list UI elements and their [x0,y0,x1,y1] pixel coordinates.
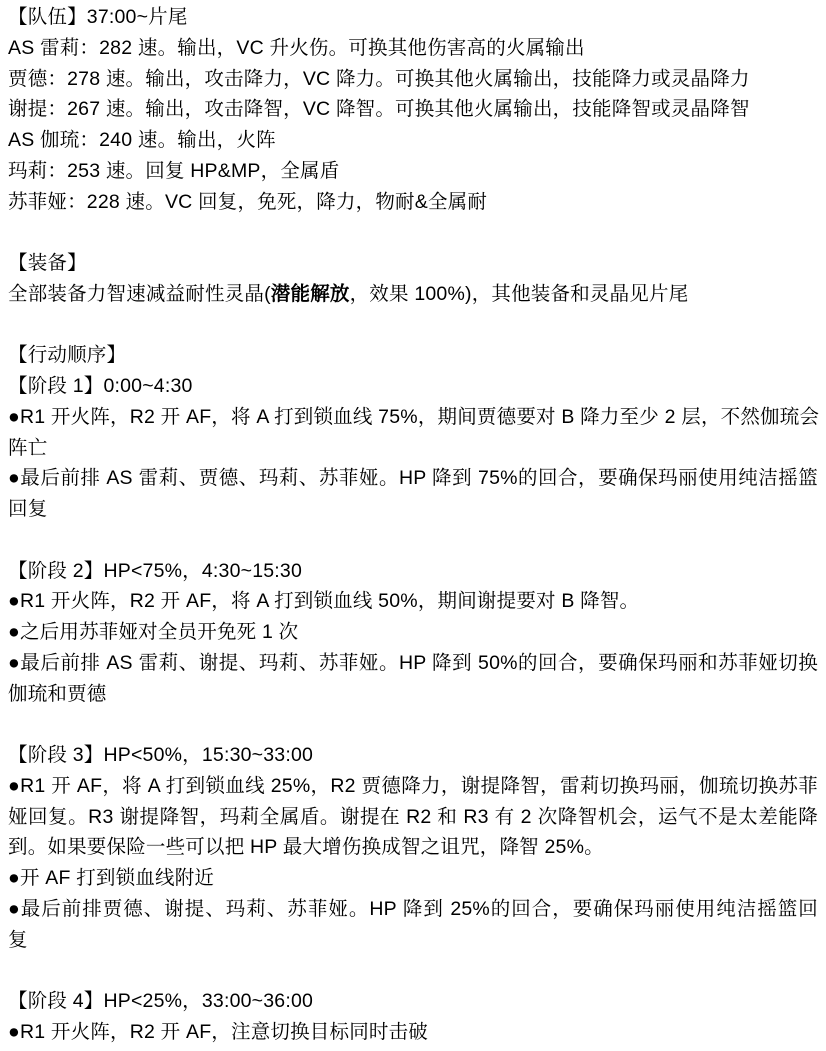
team-member-line: 玛莉：253 速。回复 HP&MP，全属盾 [8,156,818,187]
stage-3-bullet-line: ●最后前排贾德、谢提、玛莉、苏菲娅。HP 降到 25%的回合，要确保玛丽使用纯洁… [8,894,818,925]
stage-2-heading: 【阶段 2】HP<75%，4:30~15:30 [8,556,818,587]
stage-3-bullet-line: ●开 AF 打到锁血线附近 [8,863,818,894]
team-member-line: 苏菲娅：228 速。VC 回复，免死，降力，物耐&全属耐 [8,187,818,218]
team-member-line: AS 伽琉：240 速。输出，火阵 [8,125,818,156]
stage-4-bullet-line: ●R1 开火阵，R2 开 AF，注意切换目标同时击破 [8,1017,818,1048]
order-section-heading: 【行动顺序】 [8,340,818,371]
stage-2-bullet-line: ●最后前排 AS 雷莉、谢提、玛莉、苏菲娅。HP 降到 50%的回合，要确保玛丽… [8,648,818,679]
stage-4-heading: 【阶段 4】HP<25%，33:00~36:00 [8,986,818,1017]
stage-3-bullet-line: 到。如果要保险一些可以把 HP 最大增伤换成智之诅咒，降智 25%。 [8,832,818,863]
equipment-text-pre: 全部装备力智速减益耐性灵晶( [8,283,271,305]
equipment-section-heading: 【装备】 [8,248,818,279]
stage-2-bullet-line: ●R1 开火阵，R2 开 AF，将 A 打到锁血线 50%，期间谢提要对 B 降… [8,586,818,617]
team-member-line: 贾德：278 速。输出，攻击降力，VC 降力。可换其他火属输出，技能降力或灵晶降… [8,64,818,95]
blank-line [8,310,818,341]
blank-line [8,955,818,986]
stage-3-bullet-line: ●R1 开 AF，将 A 打到锁血线 25%，R2 贾德降力，谢提降智，雷莉切换… [8,771,818,802]
stage-1-bullet-line: ●R1 开火阵，R2 开 AF，将 A 打到锁血线 75%，期间贾德要对 B 降… [8,402,818,433]
equipment-detail-line: 全部装备力智速减益耐性灵晶(潜能解放，效果 100%)，其他装备和灵晶见片尾 [8,279,818,310]
stage-3-bullet-line: 娅回复。R3 谢提降智，玛莉全属盾。谢提在 R2 和 R3 有 2 次降智机会，… [8,802,818,833]
stage-3-bullet-line: 复 [8,925,818,956]
strategy-document: 【队伍】37:00~片尾 AS 雷莉：282 速。输出，VC 升火伤。可换其他伤… [0,0,826,1051]
blank-line [8,525,818,556]
team-member-line: AS 雷莉：282 速。输出，VC 升火伤。可换其他伤害高的火属输出 [8,33,818,64]
team-member-line: 谢提：267 速。输出，攻击降智，VC 降智。可换其他火属输出，技能降智或灵晶降… [8,94,818,125]
team-section-heading: 【队伍】37:00~片尾 [8,2,818,33]
equipment-text-bold: 潜能解放 [271,283,350,305]
stage-1-bullet-line: 回复 [8,494,818,525]
stage-1-bullet-line: 阵亡 [8,433,818,464]
stage-2-bullet-line: 伽琉和贾德 [8,679,818,710]
stage-3-heading: 【阶段 3】HP<50%，15:30~33:00 [8,740,818,771]
blank-line [8,217,818,248]
stage-1-bullet-line: ●最后前排 AS 雷莉、贾德、玛莉、苏菲娅。HP 降到 75%的回合，要确保玛丽… [8,463,818,494]
stage-1-heading: 【阶段 1】0:00~4:30 [8,371,818,402]
equipment-text-post: ，效果 100%)，其他装备和灵晶见片尾 [350,283,689,305]
blank-line [8,709,818,740]
stage-2-bullet-line: ●之后用苏菲娅对全员开免死 1 次 [8,617,818,648]
